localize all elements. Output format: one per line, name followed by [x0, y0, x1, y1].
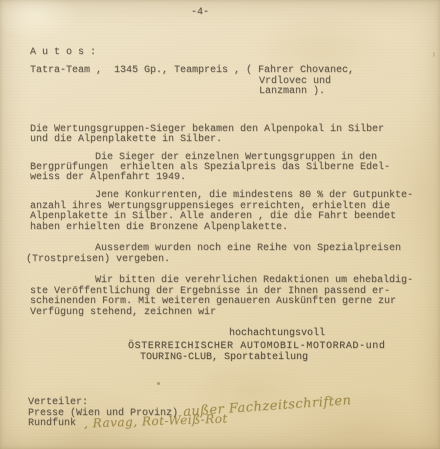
- entry-line-wrap-2: Lanzmann ).: [259, 87, 325, 97]
- section-heading-autos: A u t o s :: [30, 48, 96, 58]
- paragraph1-line2: und die Alpenplakette in Silber.: [30, 135, 222, 145]
- page-number: -4-: [191, 8, 209, 18]
- paragraph5-line3: scheinenden Form. Mit weiteren genaueren…: [30, 297, 396, 307]
- paragraph3-line4: haben erhielten die Bronzene Alpenplaket…: [30, 223, 288, 233]
- paragraph3-line3: Alpenplakette in Silber. Alle anderen , …: [30, 212, 396, 222]
- closing-salutation: hochachtungsvoll: [229, 329, 325, 339]
- distribution-label: Verteiler:: [28, 398, 88, 408]
- scanned-letter-page: -4- A u t o s : Tatra-Team , 1345 Gp., T…: [0, 0, 440, 449]
- paragraph4-line2: (Trostpreisen) vergeben.: [26, 255, 170, 265]
- closing-org-line1: ÖSTERREICHISCHER AUTOMOBIL-MOTORRAD-und: [128, 342, 385, 352]
- entry-line-tatra: Tatra-Team , 1345 Gp., Teampreis , ( Fah…: [30, 66, 354, 76]
- paragraph3-line1: Jene Konkurrenten, die mindestens 80 % d…: [95, 191, 413, 201]
- paragraph5-line1: Wir bitten die verehrlichen Redaktionen …: [95, 276, 413, 286]
- paragraph2-line3: weiss der Alpenfahrt 1949.: [30, 173, 186, 183]
- closing-org-line2: TOURING-CLUB, Sportabteilung: [140, 353, 308, 363]
- paragraph4-line1: Ausserdem wurden noch eine Reihe von Spe…: [95, 244, 401, 254]
- paragraph5-line4: Verfügung stehend, zeichnen wir: [30, 308, 216, 318]
- distribution-rundfunk: Rundfunk: [28, 419, 76, 429]
- paper-fleck: [433, 52, 435, 57]
- ink-speck: [157, 382, 160, 385]
